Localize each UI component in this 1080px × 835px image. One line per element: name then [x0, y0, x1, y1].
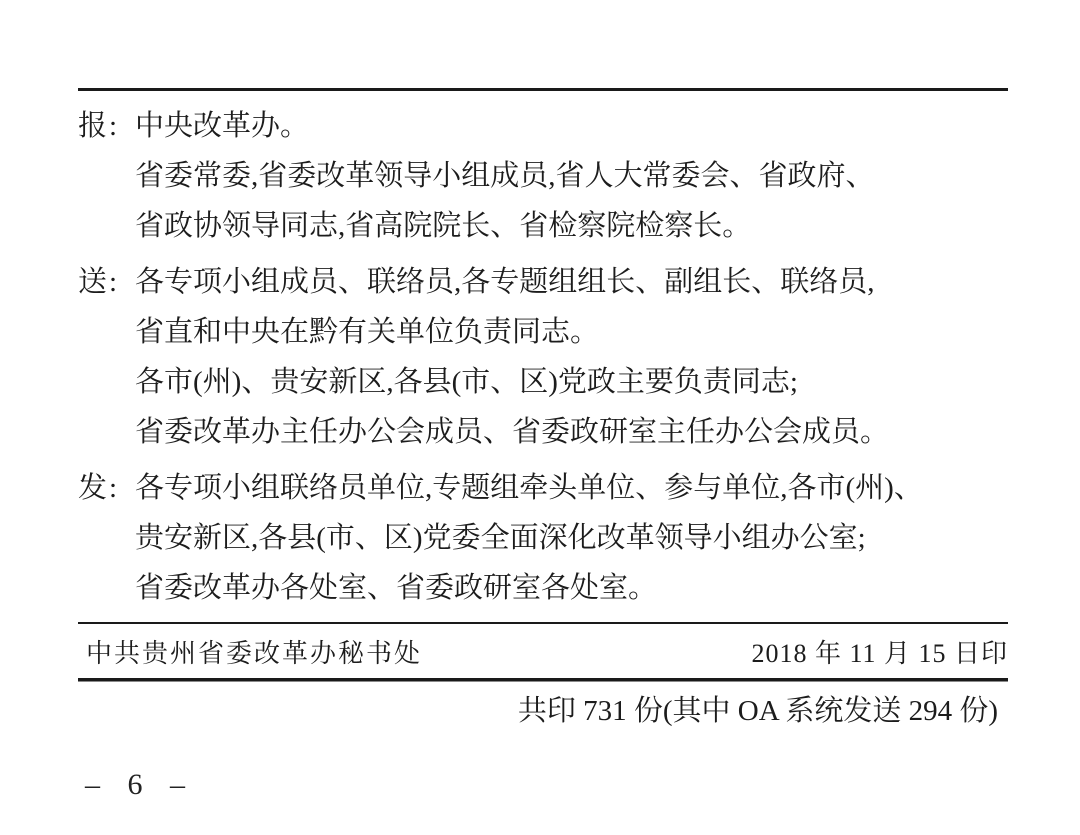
indent-spacer	[78, 307, 135, 357]
document-content: 报: 中央改革办。 省委常委,省委改革领导小组成员,省人大常委会、省政府、 省政…	[78, 0, 1008, 728]
entry-text: 中央改革办。	[135, 101, 1008, 151]
indent-spacer	[78, 151, 135, 201]
document-page: 报: 中央改革办。 省委常委,省委改革领导小组成员,省人大常委会、省政府、 省政…	[0, 0, 1080, 835]
bottom-rule	[78, 678, 1008, 682]
print-count: 共印 731 份(其中 OA 系统发送 294 份)	[78, 694, 1008, 728]
indent-spacer	[78, 513, 135, 563]
distribution-line: 省委改革办主任办公会成员、省委政研室主任办公会成员。	[78, 407, 1008, 457]
entry-text: 各市(州)、贵安新区,各县(市、区)党政主要负责同志;	[135, 357, 1008, 407]
distribution-line: 贵安新区,各县(市、区)党委全面深化改革领导小组办公室;	[78, 513, 1008, 563]
entry-text: 省委改革办各处室、省委政研室各处室。	[135, 563, 1008, 613]
distribution-entry-bao: 报: 中央改革办。 省委常委,省委改革领导小组成员,省人大常委会、省政府、 省政…	[78, 101, 1008, 251]
entry-label: 发:	[78, 463, 135, 513]
entry-label: 报:	[78, 101, 135, 151]
entry-text: 省委常委,省委改革领导小组成员,省人大常委会、省政府、	[135, 151, 1008, 201]
issuer-name: 中共贵州省委改革办秘书处	[86, 633, 422, 670]
entry-text: 各专项小组成员、联络员,各专题组组长、副组长、联络员,	[135, 257, 1008, 307]
distribution-block: 报: 中央改革办。 省委常委,省委改革领导小组成员,省人大常委会、省政府、 省政…	[78, 91, 1008, 613]
indent-spacer	[78, 407, 135, 457]
issuer-row: 中共贵州省委改革办秘书处 2018 年 11 月 15 日印	[78, 624, 1008, 678]
entry-text: 省直和中央在黔有关单位负责同志。	[135, 307, 1008, 357]
indent-spacer	[78, 563, 135, 613]
distribution-line: 省委常委,省委改革领导小组成员,省人大常委会、省政府、	[78, 151, 1008, 201]
distribution-entry-fa: 发: 各专项小组联络员单位,专题组牵头单位、参与单位,各市(州)、 贵安新区,各…	[78, 463, 1008, 613]
distribution-line: 送: 各专项小组成员、联络员,各专题组组长、副组长、联络员,	[78, 257, 1008, 307]
entry-text: 贵安新区,各县(市、区)党委全面深化改革领导小组办公室;	[135, 513, 1008, 563]
entry-label: 送:	[78, 257, 135, 307]
distribution-line: 省委改革办各处室、省委政研室各处室。	[78, 563, 1008, 613]
indent-spacer	[78, 357, 135, 407]
entry-text: 各专项小组联络员单位,专题组牵头单位、参与单位,各市(州)、	[135, 463, 1008, 513]
indent-spacer	[78, 201, 135, 251]
distribution-line: 各市(州)、贵安新区,各县(市、区)党政主要负责同志;	[78, 357, 1008, 407]
page-number: – 6 –	[85, 768, 195, 802]
distribution-line: 发: 各专项小组联络员单位,专题组牵头单位、参与单位,各市(州)、	[78, 463, 1008, 513]
distribution-line: 报: 中央改革办。	[78, 101, 1008, 151]
entry-text: 省委改革办主任办公会成员、省委政研室主任办公会成员。	[135, 407, 1008, 457]
distribution-entry-song: 送: 各专项小组成员、联络员,各专题组组长、副组长、联络员, 省直和中央在黔有关…	[78, 257, 1008, 457]
print-date: 2018 年 11 月 15 日印	[751, 633, 1008, 670]
distribution-line: 省政协领导同志,省高院院长、省检察院检察长。	[78, 201, 1008, 251]
distribution-line: 省直和中央在黔有关单位负责同志。	[78, 307, 1008, 357]
entry-text: 省政协领导同志,省高院院长、省检察院检察长。	[135, 201, 1008, 251]
